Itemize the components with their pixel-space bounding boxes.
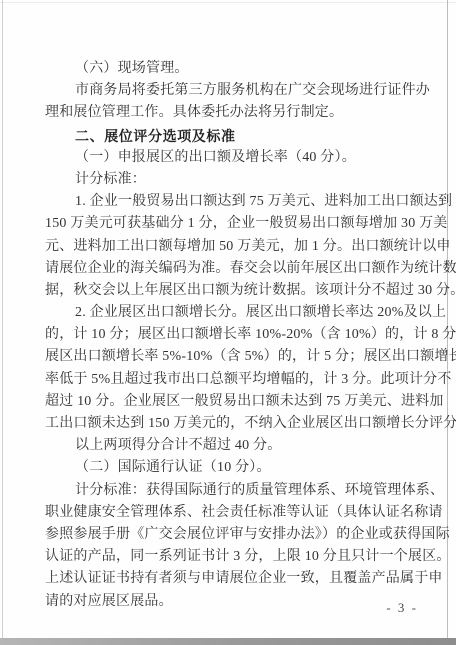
text-line: 150 万美元可获基础分 1 分，企业一般贸易出口额每增加 30 万美 [45, 213, 423, 235]
text-line: （一）申报展区的出口额及增长率（40 分）。 [45, 147, 423, 169]
text-line: 市商务局将委托第三方服务机构在广交会现场进行证件办 [45, 80, 423, 102]
text-line: 认证的产品，同一系列证书计 3 分，上限 10 分且只计一个展区。 [45, 546, 423, 568]
text-line: 职业健康安全管理体系、社会责任标准等认证（具体认证名称请 [45, 502, 423, 524]
text-line: 上述认证证书持有者须与申请展位企业一致，且覆盖产品属于申 [45, 568, 423, 590]
text-line: 计分标准： [45, 169, 423, 191]
text-line: 元、进料加工出口额每增加 50 万美元，加 1 分。出口额统计以申 [45, 236, 423, 258]
text-line: 据，秋交会以上年展区出口额为统计数据。该项计分不超过 30 分。 [45, 280, 423, 302]
scan-edge-shadow [0, 638, 456, 645]
text-line: （六）现场管理。 [45, 58, 423, 80]
text-line: 工出口额未达到 150 万美元的，不纳入企业展区出口额增长分评分。 [45, 413, 423, 435]
page-top-edge [0, 2, 456, 3]
text-line: 以上两项得分合计不超过 40 分。 [45, 435, 423, 457]
document-body: （六）现场管理。 市商务局将委托第三方服务机构在广交会现场进行证件办 理和展位管… [45, 58, 423, 613]
text-line: 率低于 5%且超过我市出口总额平均增幅的，计 3 分。此项计分不 [45, 369, 423, 391]
text-line: 理和展位管理工作。具体委托办法将另行制定。 [45, 102, 423, 124]
document-page: （六）现场管理。 市商务局将委托第三方服务机构在广交会现场进行证件办 理和展位管… [0, 0, 456, 645]
page-right-edge [447, 0, 448, 638]
text-line: 2. 企业展区出口额增长分。展区出口额增长率达 20%及以上 [45, 302, 423, 324]
text-line: 1. 企业一般贸易出口额达到 75 万美元、进料加工出口额达到 [45, 191, 423, 213]
text-line: 的，计 10 分；展区出口额增长率 10%-20%（含 10%）的，计 8 分； [45, 324, 423, 346]
text-line: 展区出口额增长率 5%-10%（含 5%）的，计 5 分；展区出口额增长 [45, 346, 423, 368]
section-heading: 二、展位评分选项及标准 [45, 125, 423, 147]
page-number: - 3 - [386, 600, 418, 616]
text-line: （二）国际通行认证（10 分）。 [45, 457, 423, 479]
text-line: 参照参展手册《广交会展位评审与安排办法》）的企业或获得国际 [45, 524, 423, 546]
text-line: 请展位企业的海关编码为准。春交会以前年展区出口额作为统计数 [45, 258, 423, 280]
text-line: 计分标准：获得国际通行的质量管理体系、环境管理体系、 [45, 480, 423, 502]
page-left-edge [2, 0, 3, 638]
text-line: 超过 10 分。企业展区一般贸易出口额未达到 75 万美元、进料加 [45, 391, 423, 413]
text-line: 请的对应展区展品。 [45, 591, 423, 613]
